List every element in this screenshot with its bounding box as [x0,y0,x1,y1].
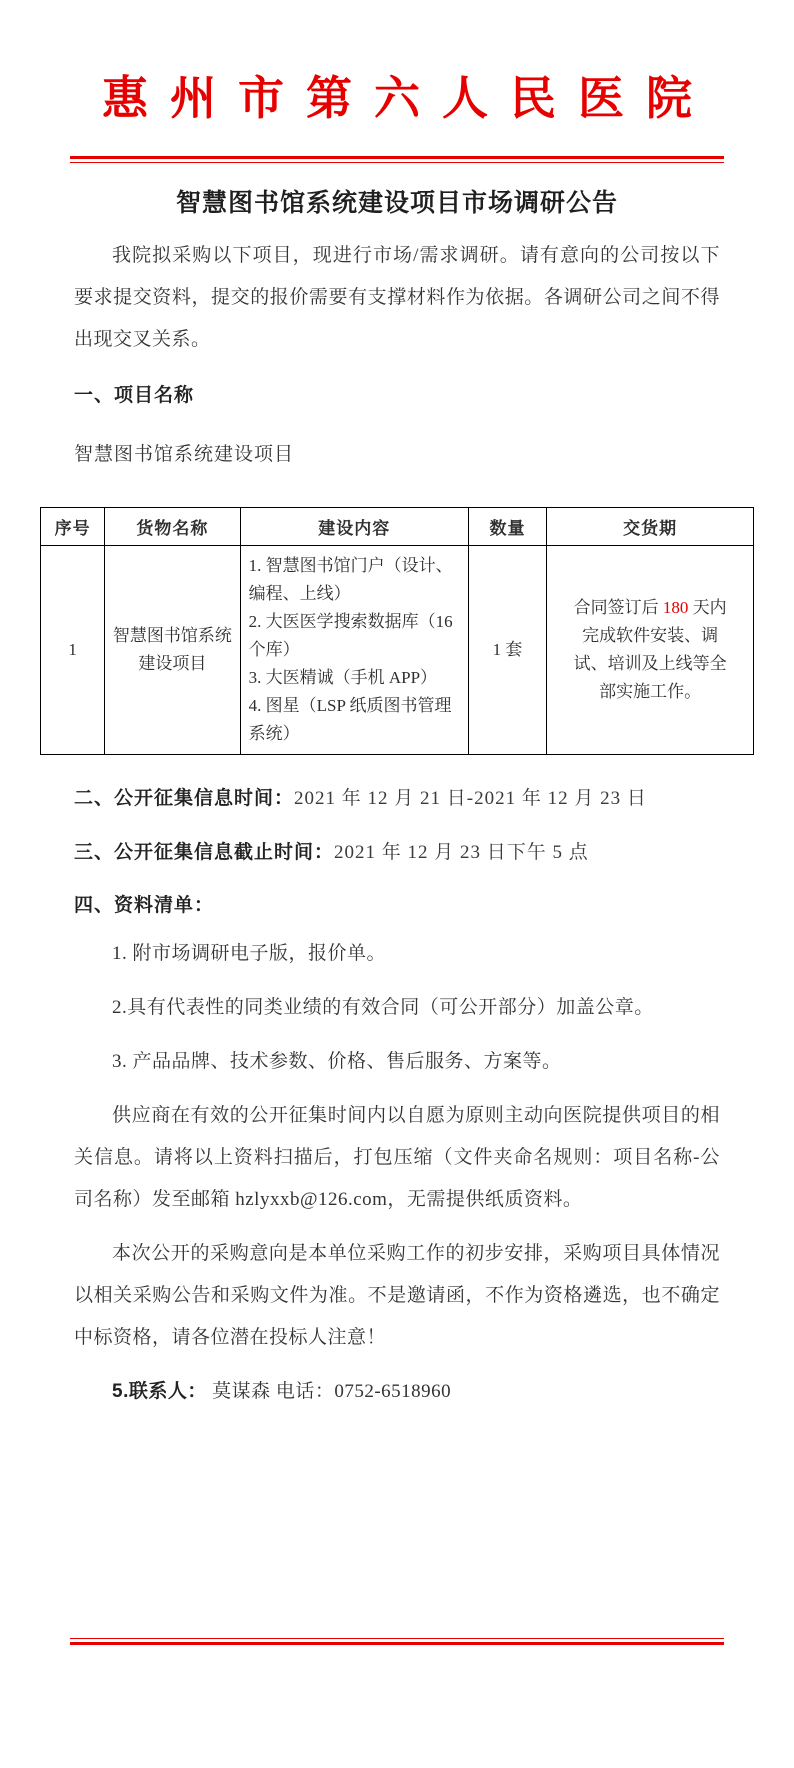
footer-rule-thick [70,1642,724,1645]
document-title: 智慧图书馆系统建设项目市场调研公告 [74,187,720,221]
table-header-row: 序号 货物名称 建设内容 数量 交货期 [41,508,754,546]
column-header-quantity: 数量 [468,508,546,546]
material-item-2: 2.具有代表性的同类业绩的有效合同（可公开部分）加盖公章。 [74,987,720,1029]
document-body: 智慧图书馆系统建设项目市场调研公告 我院拟采购以下项目，现进行市场/需求调研。请… [0,187,794,1413]
content-item-2: 2. 大医医学搜索数据库（16个库） [249,608,460,664]
section-3-value: 2021 年 12 月 23 日下午 5 点 [334,842,589,863]
project-name: 智慧图书馆系统建设项目 [74,439,720,471]
procurement-table: 序号 货物名称 建设内容 数量 交货期 1 智慧图书馆系统建设项目 1. 智慧图… [40,507,754,755]
content-item-4: 4. 图星（LSP 纸质图书管理系统） [249,692,460,748]
contact-value: 莫谋森 电话：0752-6518960 [207,1381,451,1402]
contact-line: 5.联系人： 莫谋森 电话：0752-6518960 [74,1371,720,1413]
procurement-table-wrap: 序号 货物名称 建设内容 数量 交货期 1 智慧图书馆系统建设项目 1. 智慧图… [40,507,754,755]
section-2-value: 2021 年 12 月 21 日-2021 年 12 月 23 日 [294,788,647,809]
footer-rule-thin [70,1638,724,1639]
cell-content: 1. 智慧图书馆门户（设计、编程、上线） 2. 大医医学搜索数据库（16个库） … [240,546,468,755]
cell-seq: 1 [41,546,105,755]
section-2-line: 二、公开征集信息时间：2021 年 12 月 21 日-2021 年 12 月 … [74,777,720,821]
document-page: 惠州市第六人民医院 智慧图书馆系统建设项目市场调研公告 我院拟采购以下项目，现进… [0,0,794,1768]
letterhead-rule-thin [70,162,724,163]
letterhead: 惠州市第六人民医院 [0,0,794,163]
section-3-heading: 三、公开征集信息截止时间： [74,842,334,863]
content-item-3: 3. 大医精诚（手机 APP） [249,664,460,692]
letterhead-divider [70,156,724,163]
section-2-heading: 二、公开征集信息时间： [74,788,294,809]
cell-goods-name: 智慧图书馆系统建设项目 [105,546,240,755]
letterhead-rule-thick [70,156,724,159]
material-item-3: 3. 产品品牌、技术参数、价格、售后服务、方案等。 [74,1041,720,1083]
column-header-seq: 序号 [41,508,105,546]
section-4-heading: 四、资料清单： [74,889,720,923]
hospital-name: 惠州市第六人民医院 [0,68,794,130]
note-paragraph: 本次公开的采购意向是本单位采购工作的初步安排，采购项目具体情况以相关采购公告和采… [74,1233,720,1359]
delivery-text-prefix: 合同签订后 [574,598,663,617]
content-item-1: 1. 智慧图书馆门户（设计、编程、上线） [249,552,460,608]
column-header-delivery: 交货期 [547,508,754,546]
section-1-heading: 一、项目名称 [74,379,720,413]
section-3-line: 三、公开征集信息截止时间：2021 年 12 月 23 日下午 5 点 [74,831,720,875]
table-row: 1 智慧图书馆系统建设项目 1. 智慧图书馆门户（设计、编程、上线） 2. 大医… [41,546,754,755]
supplier-paragraph: 供应商在有效的公开征集时间内以自愿为原则主动向医院提供项目的相关信息。请将以上资… [74,1095,720,1221]
cell-delivery: 合同签订后 180 天内完成软件安装、调试、培训及上线等全部实施工作。 [547,546,754,755]
delivery-days-highlight: 180 [663,598,689,617]
material-item-1: 1. 附市场调研电子版，报价单。 [74,933,720,975]
cell-quantity: 1 套 [468,546,546,755]
intro-paragraph: 我院拟采购以下项目，现进行市场/需求调研。请有意向的公司按以下要求提交资料，提交… [74,235,720,361]
contact-label: 5.联系人： [112,1381,207,1402]
footer-divider [70,1638,724,1645]
column-header-goods-name: 货物名称 [105,508,240,546]
column-header-content: 建设内容 [240,508,468,546]
